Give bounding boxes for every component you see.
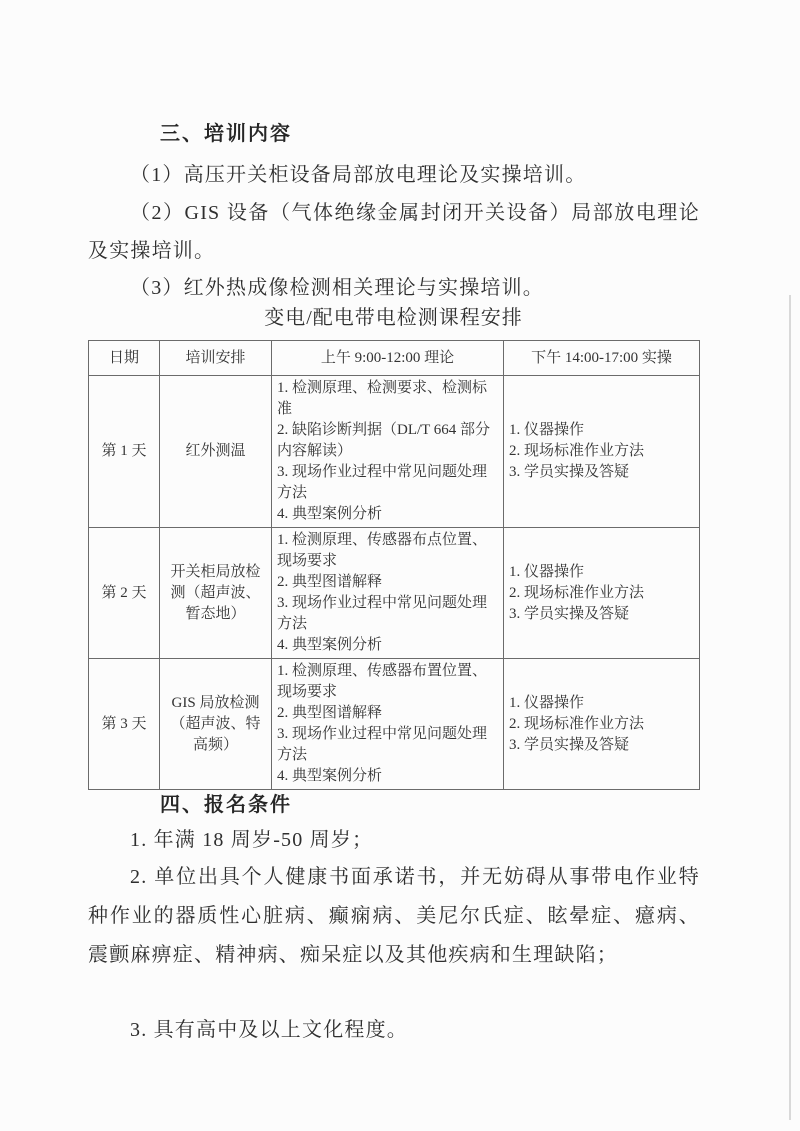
afternoon-item: 1. 仪器操作 (509, 420, 694, 441)
section3-paragraph-2: （2）GIS 设备（气体绝缘金属封闭开关设备）局部放电理论及实操培训。 (88, 194, 700, 270)
section3-paragraph-1: （1）高压开关柜设备局部放电理论及实操培训。 (88, 156, 700, 194)
header-morning: 上午 9:00-12:00 理论 (272, 341, 504, 376)
morning-item: 2. 典型图谱解释 (277, 572, 498, 593)
morning-item: 2. 典型图谱解释 (277, 703, 498, 724)
afternoon-cell: 1. 仪器操作 2. 现场标准作业方法 3. 学员实操及答疑 (504, 528, 700, 659)
schedule-table-title: 变电/配电带电检测课程安排 (88, 301, 699, 330)
afternoon-item: 3. 学员实操及答疑 (509, 735, 694, 756)
table-header-row: 日期 培训安排 上午 9:00-12:00 理论 下午 14:00-17:00 … (89, 341, 700, 376)
day-cell: 第 1 天 (89, 376, 160, 528)
morning-item: 3. 现场作业过程中常见问题处理方法 (277, 724, 498, 766)
morning-cell: 1. 检测原理、传感器布置位置、现场要求 2. 典型图谱解释 3. 现场作业过程… (272, 659, 504, 790)
afternoon-item: 2. 现场标准作业方法 (509, 714, 694, 735)
afternoon-item: 1. 仪器操作 (509, 562, 694, 583)
afternoon-item: 3. 学员实操及答疑 (509, 462, 694, 483)
course-cell: 红外测温 (160, 376, 272, 528)
section4-item-1: 1. 年满 18 周岁-50 周岁； (88, 821, 700, 859)
course-cell: GIS 局放检测（超声波、特高频） (160, 659, 272, 790)
table-row: 第 2 天 开关柜局放检测（超声波、暂态地） 1. 检测原理、传感器布点位置、现… (89, 528, 700, 659)
morning-item: 3. 现场作业过程中常见问题处理方法 (277, 462, 498, 504)
morning-item: 4. 典型案例分析 (277, 766, 498, 787)
course-cell: 开关柜局放检测（超声波、暂态地） (160, 528, 272, 659)
afternoon-item: 1. 仪器操作 (509, 693, 694, 714)
morning-cell: 1. 检测原理、传感器布点位置、现场要求 2. 典型图谱解释 3. 现场作业过程… (272, 528, 504, 659)
table-row: 第 3 天 GIS 局放检测（超声波、特高频） 1. 检测原理、传感器布置位置、… (89, 659, 700, 790)
morning-item: 4. 典型案例分析 (277, 635, 498, 656)
header-date: 日期 (89, 341, 160, 376)
morning-item: 2. 缺陷诊断判据（DL/T 664 部分内容解读） (277, 420, 498, 462)
table-row: 第 1 天 红外测温 1. 检测原理、检测要求、检测标准 2. 缺陷诊断判据（D… (89, 376, 700, 528)
section4-item-2: 2. 单位出具个人健康书面承诺书，并无妨碍从事带电作业特种作业的器质性心脏病、癫… (88, 858, 700, 975)
header-course: 培训安排 (160, 341, 272, 376)
morning-item: 4. 典型案例分析 (277, 504, 498, 525)
section4-heading: 四、报名条件 (160, 788, 292, 817)
section3-heading: 三、培训内容 (160, 117, 292, 146)
morning-item: 3. 现场作业过程中常见问题处理方法 (277, 593, 498, 635)
morning-item: 1. 检测原理、传感器布置位置、现场要求 (277, 661, 498, 703)
morning-cell: 1. 检测原理、检测要求、检测标准 2. 缺陷诊断判据（DL/T 664 部分内… (272, 376, 504, 528)
afternoon-cell: 1. 仪器操作 2. 现场标准作业方法 3. 学员实操及答疑 (504, 659, 700, 790)
afternoon-item: 2. 现场标准作业方法 (509, 583, 694, 604)
afternoon-item: 3. 学员实操及答疑 (509, 604, 694, 625)
afternoon-item: 2. 现场标准作业方法 (509, 441, 694, 462)
day-cell: 第 3 天 (89, 659, 160, 790)
course-schedule-table: 日期 培训安排 上午 9:00-12:00 理论 下午 14:00-17:00 … (88, 340, 700, 790)
section4-item-3: 3. 具有高中及以上文化程度。 (88, 1011, 700, 1049)
page-scan-edge-artifact (789, 295, 791, 1120)
morning-item: 1. 检测原理、传感器布点位置、现场要求 (277, 530, 498, 572)
document-page: 三、培训内容 （1）高压开关柜设备局部放电理论及实操培训。 （2）GIS 设备（… (0, 0, 800, 1131)
day-cell: 第 2 天 (89, 528, 160, 659)
afternoon-cell: 1. 仪器操作 2. 现场标准作业方法 3. 学员实操及答疑 (504, 376, 700, 528)
header-afternoon: 下午 14:00-17:00 实操 (504, 341, 700, 376)
morning-item: 1. 检测原理、检测要求、检测标准 (277, 378, 498, 420)
